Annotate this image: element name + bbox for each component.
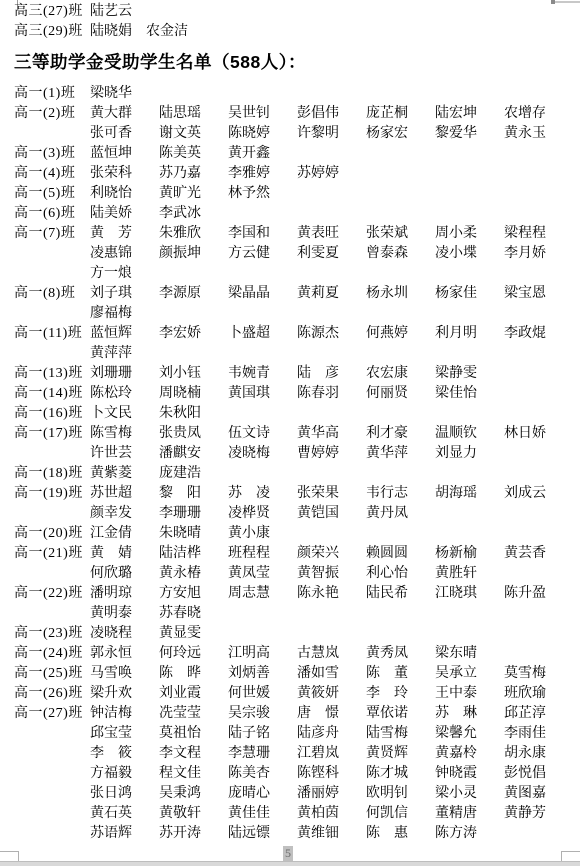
student-name-line: 马雪唤陈 晔刘炳善潘如雪陈 董吴承立莫雪梅 bbox=[90, 664, 574, 684]
student-name: 庞晴心 bbox=[228, 784, 271, 804]
student-name: 黄筱妍 bbox=[297, 684, 340, 704]
student-name: 江金倩 bbox=[90, 524, 133, 544]
student-name: 利雯夏 bbox=[297, 244, 340, 264]
student-name: 利月明 bbox=[435, 324, 478, 344]
student-name: 李 玲 bbox=[366, 684, 409, 704]
student-name: 张荣科 bbox=[90, 164, 133, 184]
class-label: 高三(29)班 bbox=[14, 22, 90, 42]
student-name-line: 梁升欢刘业霞何世媛黄筱妍李 玲王中泰班欣瑜 bbox=[90, 684, 574, 704]
student-name: 黄华萍 bbox=[366, 444, 409, 464]
student-name: 曹婷婷 bbox=[297, 444, 340, 464]
student-name-line: 卜文民朱秋阳 bbox=[90, 404, 574, 424]
student-name: 陈永艳 bbox=[297, 584, 340, 604]
student-name: 古慧岚 bbox=[297, 644, 340, 664]
student-name: 陈晓婷 bbox=[228, 124, 271, 144]
class-label: 高一(16)班 bbox=[14, 404, 90, 424]
student-name: 陆晓娟 bbox=[90, 22, 133, 42]
text-boundary-mark-bottom-right-v bbox=[561, 851, 562, 861]
student-name: 颜荣兴 bbox=[297, 544, 340, 564]
student-name: 陆美娇 bbox=[90, 204, 133, 224]
student-name: 韦婉青 bbox=[228, 364, 271, 384]
student-name-lines: 江金倩朱晓晴黄小康 bbox=[90, 524, 574, 544]
student-name: 黄小康 bbox=[228, 524, 271, 544]
student-name: 陆艺云 bbox=[90, 2, 133, 22]
student-name: 吴世钊 bbox=[228, 104, 271, 124]
class-label: 高一(21)班 bbox=[14, 544, 90, 564]
student-name: 吴秉鸿 bbox=[159, 784, 202, 804]
student-row: 高一(6)班陆美娇李武冰 bbox=[14, 204, 574, 224]
student-name-line: 陆晓娟农金洁 bbox=[90, 22, 574, 42]
student-name: 苏世超 bbox=[90, 484, 133, 504]
student-name: 刘珊珊 bbox=[90, 364, 133, 384]
student-name: 陈美英 bbox=[159, 144, 202, 164]
student-name: 蓝恒坤 bbox=[90, 144, 133, 164]
student-row: 高一(13)班刘珊珊刘小钰韦婉青陆 彦农宏康梁静雯 bbox=[14, 364, 574, 384]
student-name: 董精唐 bbox=[435, 804, 478, 824]
student-name: 黄智振 bbox=[297, 564, 340, 584]
student-row: 高一(18)班黄紫菱庞建浩 bbox=[14, 464, 574, 484]
student-name: 李宏娇 bbox=[159, 324, 202, 344]
student-name: 黄维钿 bbox=[297, 824, 340, 844]
student-name: 彭悦倡 bbox=[504, 764, 547, 784]
student-name: 利晓怡 bbox=[90, 184, 133, 204]
student-name-lines: 梁升欢刘业霞何世媛黄筱妍李 玲王中泰班欣瑜 bbox=[90, 684, 574, 704]
student-name-line: 黄明泰苏春晓 bbox=[90, 604, 574, 624]
student-name-lines: 苏世超黎 阳苏 凌张荣果韦行志胡海瑶刘成云颜幸发李珊珊凌桦贤黄铠国黄丹凤 bbox=[90, 484, 574, 524]
student-name: 谢文英 bbox=[159, 124, 202, 144]
student-name: 莫雪梅 bbox=[504, 664, 547, 684]
class-label: 高一(18)班 bbox=[14, 464, 90, 484]
student-name-lines: 陈松玲周晓楠黄国琪陈春羽何丽贤梁佳怡 bbox=[90, 384, 574, 404]
class-label: 高一(13)班 bbox=[14, 364, 90, 384]
student-name-line: 黄石英黄敬轩黄佳佳黄柏茵何凯信董精唐黄静芳 bbox=[90, 804, 574, 824]
student-row: 高三(27)班陆艺云 bbox=[14, 2, 574, 22]
student-name: 李雅婷 bbox=[228, 164, 271, 184]
student-name: 陆宏坤 bbox=[435, 104, 478, 124]
student-name-lines: 蓝恒辉李宏娇卜盛超陈源杰何燕婷利月明李政焜黄萍萍 bbox=[90, 324, 574, 364]
student-row: 高一(8)班刘子琪李源原梁晶晶黄莉夏杨永圳杨家佳梁宝恩廖福梅 bbox=[14, 284, 574, 324]
student-name: 梁馨允 bbox=[435, 724, 478, 744]
student-name-lines: 黄大群陆思瑶吴世钊彭倡伟庞芷桐陆宏坤农增存张可香谢文英陈晓婷许黎明杨家宏黎爱华黄… bbox=[90, 104, 574, 144]
student-name: 凌晓梅 bbox=[228, 444, 271, 464]
student-row: 高一(5)班利晓怡黄旷光林予然 bbox=[14, 184, 574, 204]
student-name-line: 凌惠锦颜振坤方云健利雯夏曾泰森凌小堞李月娇 bbox=[90, 244, 574, 264]
student-name-line: 苏世超黎 阳苏 凌张荣果韦行志胡海瑶刘成云 bbox=[90, 484, 574, 504]
student-name-lines: 陆美娇李武冰 bbox=[90, 204, 574, 224]
student-name: 黄凤莹 bbox=[228, 564, 271, 584]
student-name: 李国和 bbox=[228, 224, 271, 244]
student-name-line: 蓝恒坤陈美英黄开鑫 bbox=[90, 144, 574, 164]
student-name-line: 黄大群陆思瑶吴世钊彭倡伟庞芷桐陆宏坤农增存 bbox=[90, 104, 574, 124]
student-name: 黎爱华 bbox=[435, 124, 478, 144]
class-label: 高一(14)班 bbox=[14, 384, 90, 404]
student-row: 高一(16)班卜文民朱秋阳 bbox=[14, 404, 574, 424]
student-name-lines: 黄紫菱庞建浩 bbox=[90, 464, 574, 484]
student-name-line: 刘珊珊刘小钰韦婉青陆 彦农宏康梁静雯 bbox=[90, 364, 574, 384]
student-name: 周志慧 bbox=[228, 584, 271, 604]
student-name: 覃依诺 bbox=[366, 704, 409, 724]
student-name-line: 潘明琼方安旭周志慧陈永艳陆民希江晓琪陈升盈 bbox=[90, 584, 574, 604]
student-name: 庞建浩 bbox=[159, 464, 202, 484]
student-name: 黄秀凤 bbox=[366, 644, 409, 664]
student-name: 莫祖怡 bbox=[159, 724, 202, 744]
student-name-line: 陆美娇李武冰 bbox=[90, 204, 574, 224]
student-name-lines: 蓝恒坤陈美英黄开鑫 bbox=[90, 144, 574, 164]
student-row: 高一(17)班陈雪梅张贵凤伍文诗黄华高利才豪温顺钦林日娇许世芸潘麒安凌晓梅曹婷婷… bbox=[14, 424, 574, 464]
student-name: 冼莹莹 bbox=[159, 704, 202, 724]
student-name: 曾泰森 bbox=[366, 244, 409, 264]
student-row: 高一(25)班马雪唤陈 晔刘炳善潘如雪陈 董吴承立莫雪梅 bbox=[14, 664, 574, 684]
student-row: 高一(22)班潘明琼方安旭周志慧陈永艳陆民希江晓琪陈升盈黄明泰苏春晓 bbox=[14, 584, 574, 624]
student-name-line: 郭永恒何玲远江明高古慧岚黄秀凤梁东晴 bbox=[90, 644, 574, 664]
student-name-line: 钟洁梅冼莹莹吴宗骏唐 憬覃依诺苏 琳邱芷淳 bbox=[90, 704, 574, 724]
student-name: 苏 凌 bbox=[228, 484, 271, 504]
student-name: 何欣璐 bbox=[90, 564, 133, 584]
student-name: 朱晓晴 bbox=[159, 524, 202, 544]
student-row: 高一(2)班黄大群陆思瑶吴世钊彭倡伟庞芷桐陆宏坤农增存张可香谢文英陈晓婷许黎明杨… bbox=[14, 104, 574, 144]
student-name-lines: 卜文民朱秋阳 bbox=[90, 404, 574, 424]
student-name: 刘子琪 bbox=[90, 284, 133, 304]
student-name: 陆 彦 bbox=[297, 364, 340, 384]
student-name-line: 方一烺 bbox=[90, 264, 574, 284]
student-name: 黄芸香 bbox=[504, 544, 547, 564]
student-name-line: 黄紫菱庞建浩 bbox=[90, 464, 574, 484]
student-row: 高一(4)班张荣科苏乃嘉李雅婷苏婷婷 bbox=[14, 164, 574, 184]
student-name: 许世芸 bbox=[90, 444, 133, 464]
student-name: 黄佳佳 bbox=[228, 804, 271, 824]
student-name-line: 邱宝莹莫祖怡陆子铭陆彦舟陆雪梅梁馨允李雨佳 bbox=[90, 724, 574, 744]
student-name: 蓝恒辉 bbox=[90, 324, 133, 344]
student-name: 陈方涛 bbox=[435, 824, 478, 844]
student-name: 杨新榆 bbox=[435, 544, 478, 564]
student-name: 苏乃嘉 bbox=[159, 164, 202, 184]
student-name: 胡海瑶 bbox=[435, 484, 478, 504]
student-name-lines: 张荣科苏乃嘉李雅婷苏婷婷 bbox=[90, 164, 574, 184]
student-name: 班程程 bbox=[228, 544, 271, 564]
student-row: 高一(23)班凌晓程黄显雯 bbox=[14, 624, 574, 644]
document-content: 高三(27)班陆艺云高三(29)班陆晓娟农金洁 三等助学金受助学生名单（588人… bbox=[14, 2, 574, 844]
student-name: 黄石英 bbox=[90, 804, 133, 824]
student-name: 利心怡 bbox=[366, 564, 409, 584]
class-label: 高一(25)班 bbox=[14, 664, 90, 684]
student-name: 苏开涛 bbox=[159, 824, 202, 844]
student-name: 黄国琪 bbox=[228, 384, 271, 404]
student-name: 张荣果 bbox=[297, 484, 340, 504]
student-name: 黄贤辉 bbox=[366, 744, 409, 764]
student-name: 张荣斌 bbox=[366, 224, 409, 244]
student-name: 程文佳 bbox=[159, 764, 202, 784]
class-label: 高一(20)班 bbox=[14, 524, 90, 544]
student-name-lines: 陆艺云 bbox=[90, 2, 574, 22]
student-name-lines: 郭永恒何玲远江明高古慧岚黄秀凤梁东晴 bbox=[90, 644, 574, 664]
student-name: 黄大群 bbox=[90, 104, 133, 124]
student-name: 许黎明 bbox=[297, 124, 340, 144]
student-name: 朱秋阳 bbox=[159, 404, 202, 424]
student-name-lines: 陈雪梅张贵凤伍文诗黄华高利才豪温顺钦林日娇许世芸潘麒安凌晓梅曹婷婷黄华萍刘显力 bbox=[90, 424, 574, 464]
student-name: 黄显雯 bbox=[159, 624, 202, 644]
student-name-lines: 凌晓程黄显雯 bbox=[90, 624, 574, 644]
student-name: 方云健 bbox=[228, 244, 271, 264]
student-row: 高一(14)班陈松玲周晓楠黄国琪陈春羽何丽贤梁佳怡 bbox=[14, 384, 574, 404]
student-name-lines: 刘珊珊刘小钰韦婉青陆 彦农宏康梁静雯 bbox=[90, 364, 574, 384]
student-name: 何丽贤 bbox=[366, 384, 409, 404]
class-label: 高一(11)班 bbox=[14, 324, 90, 344]
student-name: 廖福梅 bbox=[90, 304, 133, 324]
student-name-line: 利晓怡黄旷光林予然 bbox=[90, 184, 574, 204]
student-name: 张可香 bbox=[90, 124, 133, 144]
student-name: 梁晶晶 bbox=[228, 284, 271, 304]
student-name-line: 刘子琪李源原梁晶晶黄莉夏杨永圳杨家佳梁宝恩 bbox=[90, 284, 574, 304]
student-row: 高一(7)班黄 芳朱雅欣李国和黄表旺张荣斌周小柔梁程程凌惠锦颜振坤方云健利雯夏曾… bbox=[14, 224, 574, 284]
student-name: 苏婷婷 bbox=[297, 164, 340, 184]
student-name: 韦行志 bbox=[366, 484, 409, 504]
student-name-lines: 利晓怡黄旷光林予然 bbox=[90, 184, 574, 204]
student-name: 温顺钦 bbox=[435, 424, 478, 444]
student-row: 高一(27)班钟洁梅冼莹莹吴宗骏唐 憬覃依诺苏 琳邱芷淳邱宝莹莫祖怡陆子铭陆彦舟… bbox=[14, 704, 574, 844]
student-name: 何世媛 bbox=[228, 684, 271, 704]
student-name: 何玲远 bbox=[159, 644, 202, 664]
student-name: 陈 惠 bbox=[366, 824, 409, 844]
student-name: 黄嘉柃 bbox=[435, 744, 478, 764]
student-name: 李雨佳 bbox=[504, 724, 547, 744]
student-name: 陆远镖 bbox=[228, 824, 271, 844]
student-name: 陆洁桦 bbox=[159, 544, 202, 564]
student-name: 邱芷淳 bbox=[504, 704, 547, 724]
student-name: 李文程 bbox=[159, 744, 202, 764]
class-label: 高一(8)班 bbox=[14, 284, 90, 304]
student-name: 黄永椿 bbox=[159, 564, 202, 584]
class-label: 高一(5)班 bbox=[14, 184, 90, 204]
student-name: 张贵凤 bbox=[159, 424, 202, 444]
page-number-field: 5 bbox=[283, 846, 293, 861]
student-name: 钟晓霞 bbox=[435, 764, 478, 784]
student-name: 苏 琳 bbox=[435, 704, 478, 724]
student-name: 陈美杏 bbox=[228, 764, 271, 784]
senior1-student-rows: 高一(1)班梁晓华高一(2)班黄大群陆思瑶吴世钊彭倡伟庞芷桐陆宏坤农增存张可香谢… bbox=[14, 84, 574, 844]
student-name: 黄丹凤 bbox=[366, 504, 409, 524]
student-name: 周晓楠 bbox=[159, 384, 202, 404]
student-name: 方安旭 bbox=[159, 584, 202, 604]
student-name: 何燕婷 bbox=[366, 324, 409, 344]
student-name-line: 凌晓程黄显雯 bbox=[90, 624, 574, 644]
student-name: 苏春晓 bbox=[159, 604, 202, 624]
student-name: 周小柔 bbox=[435, 224, 478, 244]
student-name: 黄华高 bbox=[297, 424, 340, 444]
class-label: 高一(22)班 bbox=[14, 584, 90, 604]
student-name: 陆彦舟 bbox=[297, 724, 340, 744]
student-name-lines: 刘子琪李源原梁晶晶黄莉夏杨永圳杨家佳梁宝恩廖福梅 bbox=[90, 284, 574, 324]
student-name: 黄明泰 bbox=[90, 604, 133, 624]
student-name: 胡永康 bbox=[504, 744, 547, 764]
class-label: 高一(24)班 bbox=[14, 644, 90, 664]
student-name-lines: 钟洁梅冼莹莹吴宗骏唐 憬覃依诺苏 琳邱芷淳邱宝莹莫祖怡陆子铭陆彦舟陆雪梅梁馨允李… bbox=[90, 704, 574, 844]
student-row: 高一(20)班江金倩朱晓晴黄小康 bbox=[14, 524, 574, 544]
class-label: 高一(7)班 bbox=[14, 224, 90, 244]
student-name: 黄胜轩 bbox=[435, 564, 478, 584]
student-name: 方福毅 bbox=[90, 764, 133, 784]
student-name: 刘成云 bbox=[504, 484, 547, 504]
student-name: 方一烺 bbox=[90, 264, 133, 284]
student-row: 高一(24)班郭永恒何玲远江明高古慧岚黄秀凤梁东晴 bbox=[14, 644, 574, 664]
student-name: 潘明琼 bbox=[90, 584, 133, 604]
student-name-line: 黄 芳朱雅欣李国和黄表旺张荣斌周小柔梁程程 bbox=[90, 224, 574, 244]
student-name: 黄永玉 bbox=[504, 124, 547, 144]
student-name: 梁东晴 bbox=[435, 644, 478, 664]
student-name: 梁小灵 bbox=[435, 784, 478, 804]
student-name: 黄图嘉 bbox=[504, 784, 547, 804]
student-name: 陈源杰 bbox=[297, 324, 340, 344]
student-name-line: 陆艺云 bbox=[90, 2, 574, 22]
student-row: 高三(29)班陆晓娟农金洁 bbox=[14, 22, 574, 42]
student-name-line: 陈松玲周晓楠黄国琪陈春羽何丽贤梁佳怡 bbox=[90, 384, 574, 404]
student-name-line: 张荣科苏乃嘉李雅婷苏婷婷 bbox=[90, 164, 574, 184]
student-row: 高一(26)班梁升欢刘业霞何世媛黄筱妍李 玲王中泰班欣瑜 bbox=[14, 684, 574, 704]
student-name-line: 苏语辉苏开涛陆远镖黄维钿陈 惠陈方涛 bbox=[90, 824, 574, 844]
student-name-lines: 陆晓娟农金洁 bbox=[90, 22, 574, 42]
student-name: 陆雪梅 bbox=[366, 724, 409, 744]
student-name: 伍文诗 bbox=[228, 424, 271, 444]
student-name: 黄萍萍 bbox=[90, 344, 133, 364]
student-name: 凌晓程 bbox=[90, 624, 133, 644]
student-name: 钟洁梅 bbox=[90, 704, 133, 724]
student-name: 黄莉夏 bbox=[297, 284, 340, 304]
student-name: 颜幸发 bbox=[90, 504, 133, 524]
class-label: 高三(27)班 bbox=[14, 2, 90, 22]
student-name: 颜振坤 bbox=[159, 244, 202, 264]
student-name: 凌惠锦 bbox=[90, 244, 133, 264]
student-name: 黎 阳 bbox=[159, 484, 202, 504]
student-name: 江碧岚 bbox=[297, 744, 340, 764]
student-name: 陈 晔 bbox=[159, 664, 202, 684]
student-name-lines: 潘明琼方安旭周志慧陈永艳陆民希江晓琪陈升盈黄明泰苏春晓 bbox=[90, 584, 574, 624]
student-name: 杨家宏 bbox=[366, 124, 409, 144]
student-name: 吴宗骏 bbox=[228, 704, 271, 724]
student-name: 王中泰 bbox=[435, 684, 478, 704]
student-name: 班欣瑜 bbox=[504, 684, 547, 704]
student-name: 凌桦贤 bbox=[228, 504, 271, 524]
class-label: 高一(23)班 bbox=[14, 624, 90, 644]
student-row: 高一(11)班蓝恒辉李宏娇卜盛超陈源杰何燕婷利月明李政焜黄萍萍 bbox=[14, 324, 574, 364]
student-name: 刘业霞 bbox=[159, 684, 202, 704]
student-name: 李源原 bbox=[159, 284, 202, 304]
student-name: 陈雪梅 bbox=[90, 424, 133, 444]
student-name: 张日鸿 bbox=[90, 784, 133, 804]
student-name: 陈 董 bbox=[366, 664, 409, 684]
student-name: 何凯信 bbox=[366, 804, 409, 824]
student-name: 刘显力 bbox=[435, 444, 478, 464]
student-name: 潘麒安 bbox=[159, 444, 202, 464]
student-name: 梁佳怡 bbox=[435, 384, 478, 404]
class-label: 高一(1)班 bbox=[14, 84, 90, 104]
student-name: 邱宝莹 bbox=[90, 724, 133, 744]
student-name: 陈春羽 bbox=[297, 384, 340, 404]
student-name: 陆思瑶 bbox=[159, 104, 202, 124]
class-label: 高一(26)班 bbox=[14, 684, 90, 704]
senior3-student-rows: 高三(27)班陆艺云高三(29)班陆晓娟农金洁 bbox=[14, 2, 574, 42]
student-name: 黄 芳 bbox=[90, 224, 133, 244]
student-name: 黄紫菱 bbox=[90, 464, 133, 484]
student-name: 杨家佳 bbox=[435, 284, 478, 304]
student-name-line: 陈雪梅张贵凤伍文诗黄华高利才豪温顺钦林日娇 bbox=[90, 424, 574, 444]
student-name-line: 廖福梅 bbox=[90, 304, 574, 324]
student-name-line: 江金倩朱晓晴黄小康 bbox=[90, 524, 574, 544]
student-name: 马雪唤 bbox=[90, 664, 133, 684]
student-name: 陈升盈 bbox=[504, 584, 547, 604]
student-name: 郭永恒 bbox=[90, 644, 133, 664]
student-name-lines: 黄 芳朱雅欣李国和黄表旺张荣斌周小柔梁程程凌惠锦颜振坤方云健利雯夏曾泰森凌小堞李… bbox=[90, 224, 574, 284]
student-name: 李珊珊 bbox=[159, 504, 202, 524]
student-name-line: 李 筱李文程李慧珊江碧岚黄贤辉黄嘉柃胡永康 bbox=[90, 744, 574, 764]
student-name: 卜盛超 bbox=[228, 324, 271, 344]
student-row: 高一(3)班蓝恒坤陈美英黄开鑫 bbox=[14, 144, 574, 164]
class-label: 高一(6)班 bbox=[14, 204, 90, 224]
student-name: 李 筱 bbox=[90, 744, 133, 764]
student-name: 陈铿科 bbox=[297, 764, 340, 784]
student-name: 刘小钰 bbox=[159, 364, 202, 384]
student-name: 欧明钊 bbox=[366, 784, 409, 804]
class-label: 高一(27)班 bbox=[14, 704, 90, 724]
student-name: 黄开鑫 bbox=[228, 144, 271, 164]
text-boundary-mark-bottom-right bbox=[561, 851, 580, 852]
student-name: 凌小堞 bbox=[435, 244, 478, 264]
student-name: 黄 婧 bbox=[90, 544, 133, 564]
class-label: 高一(19)班 bbox=[14, 484, 90, 504]
student-row: 高一(21)班黄 婧陆洁桦班程程颜荣兴赖圆圆杨新榆黄芸香何欣璐黄永椿黄凤莹黄智振… bbox=[14, 544, 574, 584]
student-name: 黄柏茵 bbox=[297, 804, 340, 824]
student-name: 吴承立 bbox=[435, 664, 478, 684]
student-name: 李月娇 bbox=[504, 244, 547, 264]
student-name: 林予然 bbox=[228, 184, 271, 204]
student-name: 黄旷光 bbox=[159, 184, 202, 204]
student-name: 黄铠国 bbox=[297, 504, 340, 524]
student-name: 梁程程 bbox=[504, 224, 547, 244]
student-name: 江晓琪 bbox=[435, 584, 478, 604]
student-name: 林日娇 bbox=[504, 424, 547, 444]
student-name: 农增存 bbox=[504, 104, 547, 124]
student-name-lines: 马雪唤陈 晔刘炳善潘如雪陈 董吴承立莫雪梅 bbox=[90, 664, 574, 684]
student-name: 梁晓华 bbox=[90, 84, 133, 104]
document-page: 高三(27)班陆艺云高三(29)班陆晓娟农金洁 三等助学金受助学生名单（588人… bbox=[0, 0, 580, 866]
student-name-line: 张日鸿吴秉鸿庞晴心潘丽婷欧明钊梁小灵黄图嘉 bbox=[90, 784, 574, 804]
class-label: 高一(17)班 bbox=[14, 424, 90, 444]
page-bottom-edge bbox=[0, 861, 580, 866]
student-name-lines: 梁晓华 bbox=[90, 84, 574, 104]
class-label: 高一(4)班 bbox=[14, 164, 90, 184]
student-name-line: 黄 婧陆洁桦班程程颜荣兴赖圆圆杨新榆黄芸香 bbox=[90, 544, 574, 564]
student-name: 苏语辉 bbox=[90, 824, 133, 844]
student-name: 刘炳善 bbox=[228, 664, 271, 684]
student-name-line: 黄萍萍 bbox=[90, 344, 574, 364]
student-name: 李政焜 bbox=[504, 324, 547, 344]
student-name: 农金洁 bbox=[146, 22, 189, 42]
student-name: 彭倡伟 bbox=[297, 104, 340, 124]
student-name: 李慧珊 bbox=[228, 744, 271, 764]
student-name-line: 方福毅程文佳陈美杏陈铿科陈才城钟晓霞彭悦倡 bbox=[90, 764, 574, 784]
student-name: 唐 憬 bbox=[297, 704, 340, 724]
class-label: 高一(2)班 bbox=[14, 104, 90, 124]
student-name: 梁静雯 bbox=[435, 364, 478, 384]
student-name: 陈松玲 bbox=[90, 384, 133, 404]
student-name: 利才豪 bbox=[366, 424, 409, 444]
class-label: 高一(3)班 bbox=[14, 144, 90, 164]
student-name: 江明高 bbox=[228, 644, 271, 664]
student-name: 陆子铭 bbox=[228, 724, 271, 744]
section-heading: 三等助学金受助学生名单（588人）： bbox=[14, 49, 574, 75]
student-name: 赖圆圆 bbox=[366, 544, 409, 564]
student-name-line: 蓝恒辉李宏娇卜盛超陈源杰何燕婷利月明李政焜 bbox=[90, 324, 574, 344]
student-row: 高一(1)班梁晓华 bbox=[14, 84, 574, 104]
student-name: 潘如雪 bbox=[297, 664, 340, 684]
